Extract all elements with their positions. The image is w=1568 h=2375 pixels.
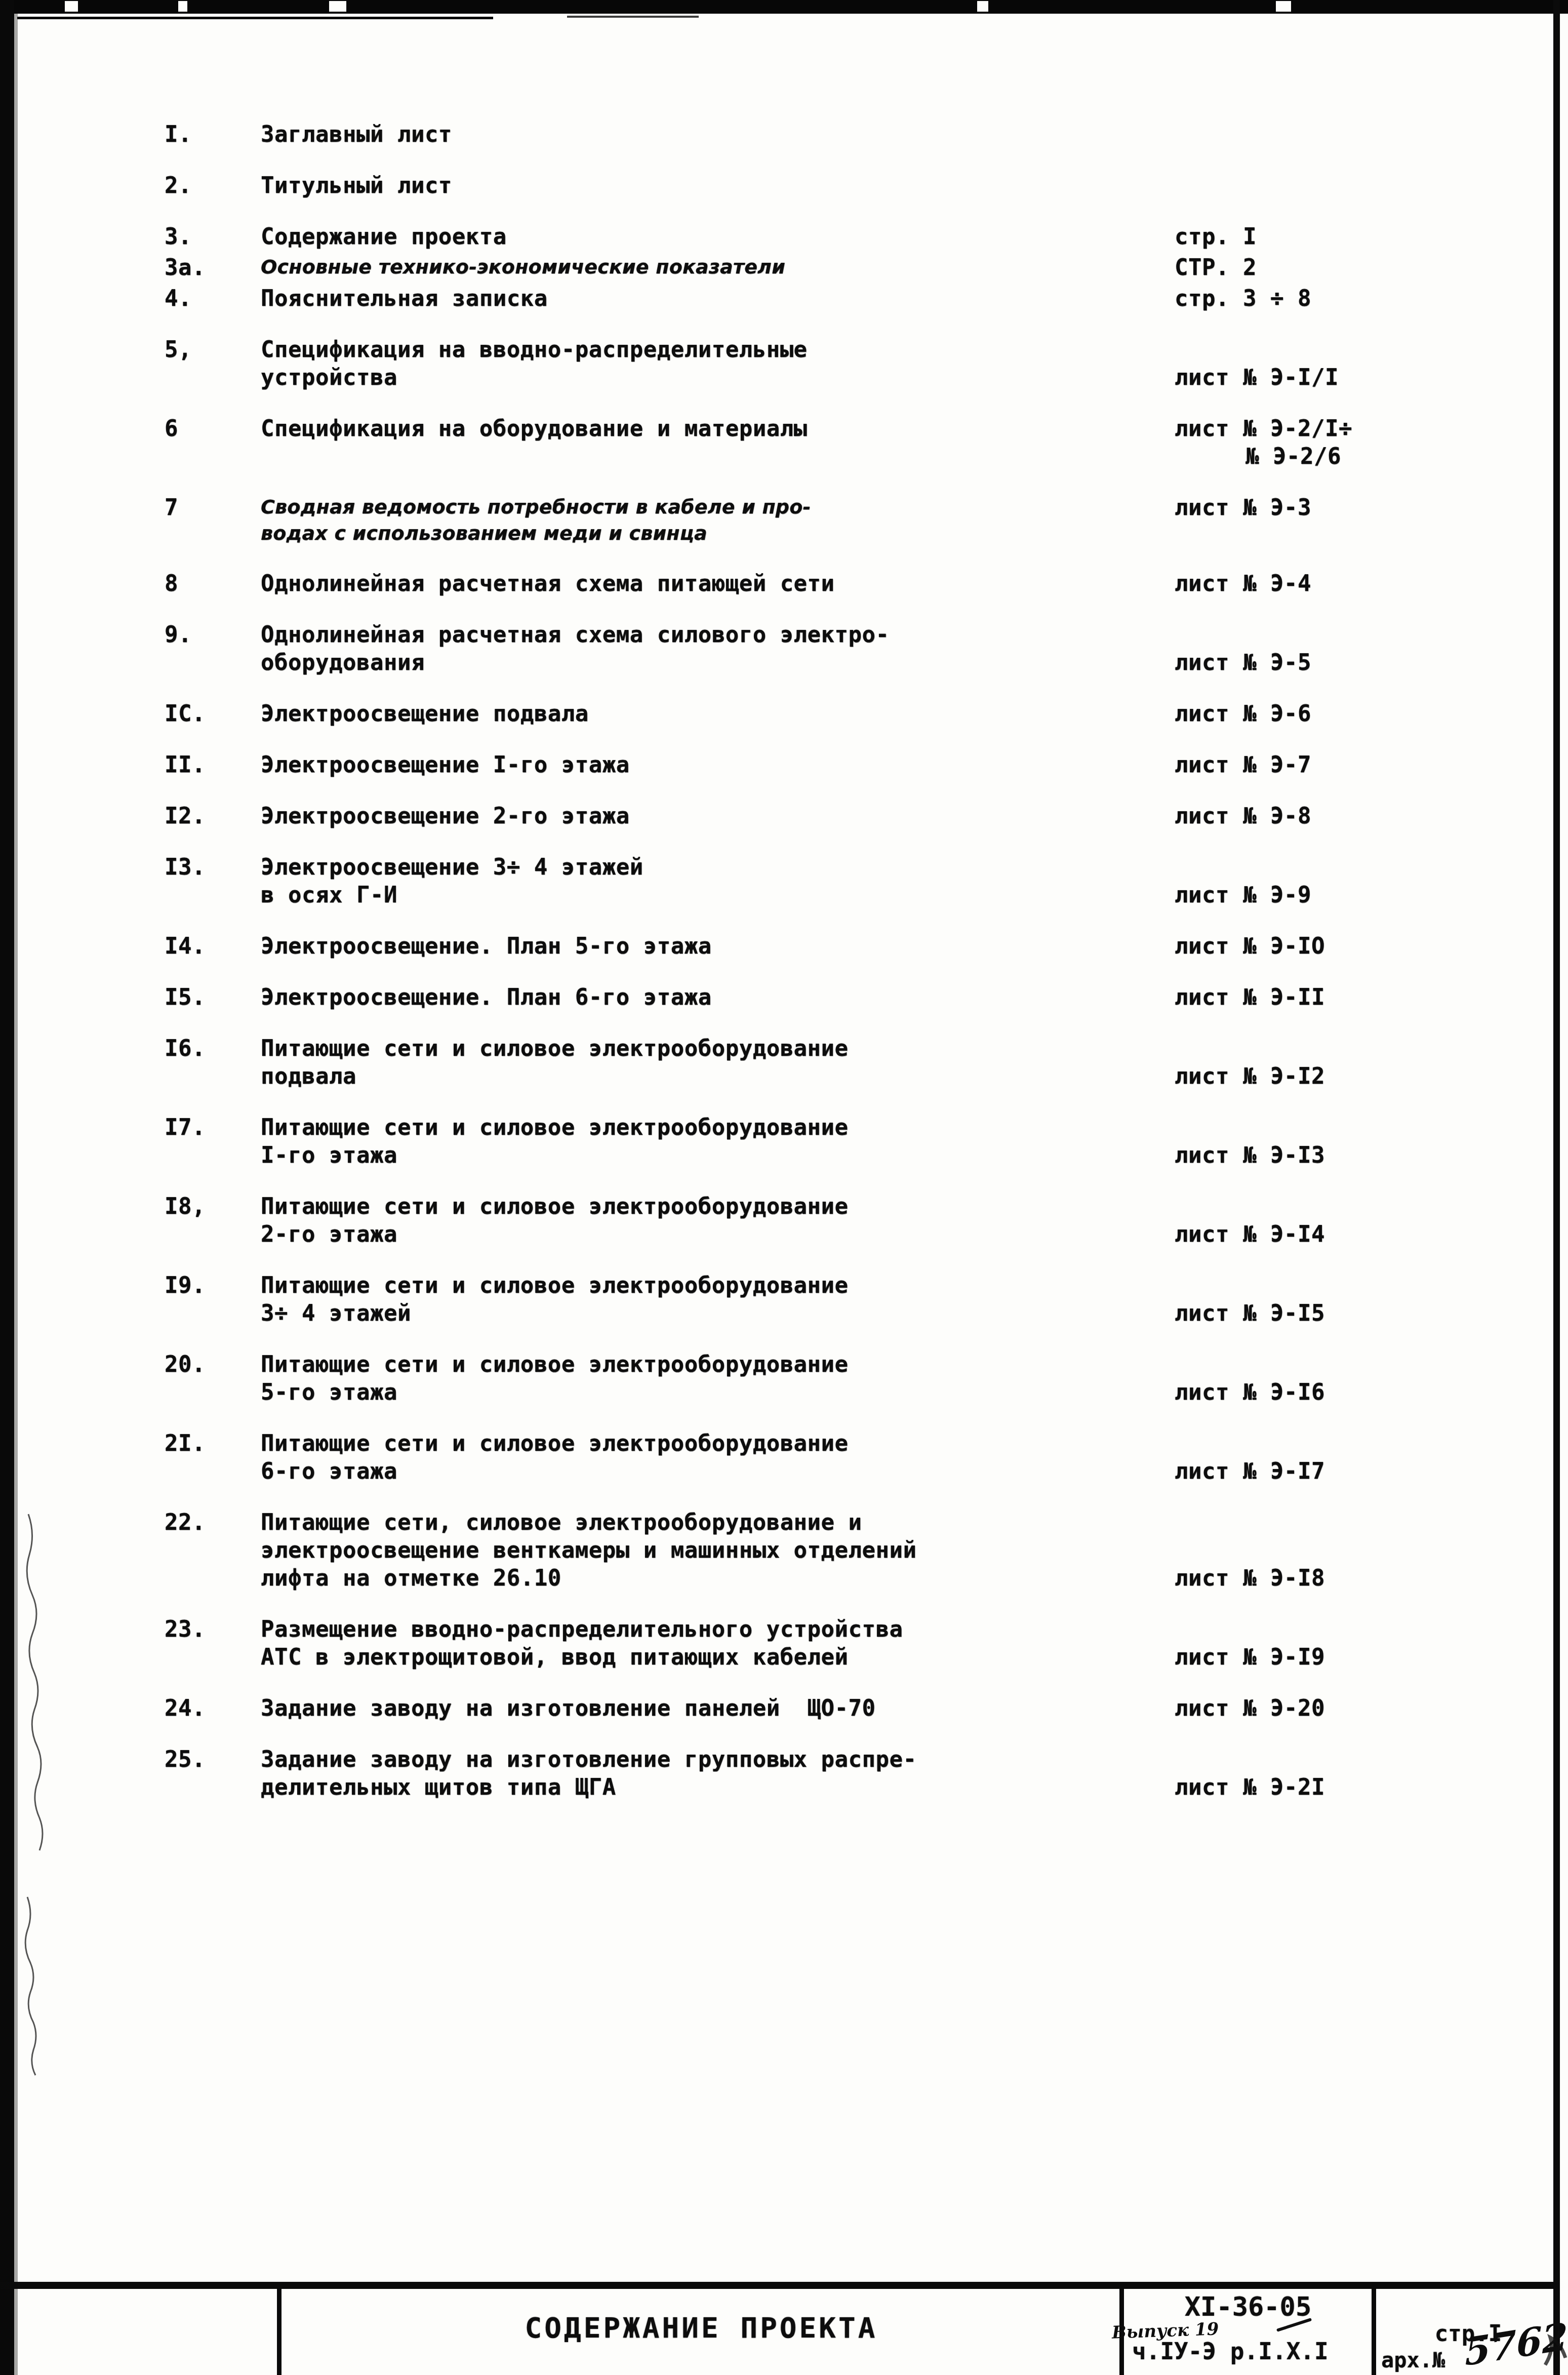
toc-item-ref: лист № Э-I/I (1099, 364, 1476, 391)
toc-item-number: 4. (165, 285, 261, 312)
toc-item-ref-line: лист № Э-II (1175, 983, 1476, 1011)
toc-item-title-line: Основные технико-экономические показател… (261, 254, 1099, 280)
toc-item-title-line: Электроосвещение 2-го этажа (261, 802, 1099, 830)
toc-item-number: 3а. (165, 254, 261, 282)
toc-item-title: Сводная ведомость потребности в кабеле и… (261, 494, 1099, 546)
toc-item-number: I2. (165, 802, 261, 830)
toc-item-title: Задание заводу на изготовление групповых… (261, 1746, 1099, 1801)
toc-item-title-line: в осях Г-И (261, 881, 1099, 909)
toc-item-number: I4. (165, 932, 261, 960)
toc-item-title-line: Электроосвещение 3÷ 4 этажей (261, 853, 1099, 881)
toc-item-title-line: I-го этажа (261, 1141, 1099, 1169)
toc-item-title-line: Задание заводу на изготовление панелей Щ… (261, 1694, 1099, 1722)
toc-item-ref: лист № Э-2/I÷№ Э-2/6 (1099, 415, 1476, 470)
toc-item-ref-line: лист № Э-IО (1175, 932, 1476, 960)
toc-item-ref: лист № Э-I8 (1099, 1564, 1476, 1592)
toc-item-title-line: Питающие сети, силовое электрооборудован… (261, 1509, 1099, 1536)
toc-item-ref: лист № Э-9 (1099, 881, 1476, 909)
toc-item-ref-line: лист № Э-2/I÷ (1175, 415, 1476, 443)
toc-item-number: 3. (165, 223, 261, 251)
toc-item-title-line: устройства (261, 364, 1099, 391)
toc-item-ref: лист № Э-5 (1099, 649, 1476, 677)
toc-item-number: 22. (165, 1509, 261, 1536)
toc-item-title: Питающие сети и силовое электрооборудова… (261, 1430, 1099, 1485)
toc-row: I.Заглавный лист (165, 121, 1476, 148)
toc-row: 2I.Питающие сети и силовое электрооборуд… (165, 1430, 1476, 1485)
toc-item-title-line: 5-го этажа (261, 1378, 1099, 1406)
toc-row: I2.Электроосвещение 2-го этажалист № Э-8 (165, 802, 1476, 830)
toc-item-number: I. (165, 121, 261, 148)
title-block-top-line (0, 2282, 1560, 2289)
toc-item-title-line: оборудования (261, 649, 1099, 677)
toc-item-number: IС. (165, 700, 261, 728)
toc-row: 8Однолинейная расчетная схема питающей с… (165, 570, 1476, 598)
toc-item-title-line: Питающие сети и силовое электрооборудова… (261, 1430, 1099, 1457)
toc-item-ref-line: лист № Э-I7 (1175, 1457, 1476, 1485)
toc-item-title: Питающие сети и силовое электрооборудова… (261, 1351, 1099, 1406)
toc-item-number: I6. (165, 1035, 261, 1062)
toc-item-ref: стр. I (1099, 223, 1476, 251)
toc-item-ref-line: лист № Э-7 (1175, 751, 1476, 779)
toc-item-number: II. (165, 751, 261, 779)
toc-item-title-line: Задание заводу на изготовление групповых… (261, 1746, 1099, 1773)
toc-item-title: Спецификация на вводно-распределительные… (261, 336, 1099, 391)
toc-item-title: Однолинейная расчетная схема силового эл… (261, 621, 1099, 677)
toc-row: 3а.Основные технико-экономические показа… (165, 254, 1476, 282)
toc-item-ref: лист № Э-IО (1099, 932, 1476, 960)
toc-item-ref: лист № Э-I7 (1099, 1457, 1476, 1485)
toc-item-number: 2I. (165, 1430, 261, 1457)
toc-row: 22.Питающие сети, силовое электрооборудо… (165, 1509, 1476, 1592)
toc-row: II.Электроосвещение I-го этажалист № Э-7 (165, 751, 1476, 779)
toc-item-ref: лист № Э-I9 (1099, 1643, 1476, 1671)
toc-item-title-line: Спецификация на вводно-распределительные (261, 336, 1099, 364)
toc-item-number: I9. (165, 1272, 261, 1299)
toc-item-title: Содержание проекта (261, 223, 1099, 251)
toc-item-title-line: Заглавный лист (261, 121, 1099, 148)
toc-row: 3.Содержание проектастр. I (165, 223, 1476, 251)
toc-row: I4.Электроосвещение. План 5-го этажалист… (165, 932, 1476, 960)
toc-item-title: Заглавный лист (261, 121, 1099, 148)
toc-row: 20.Питающие сети и силовое электрооборуд… (165, 1351, 1476, 1406)
toc-item-number: 7 (165, 494, 261, 522)
toc-item-title: Титульный лист (261, 172, 1099, 200)
toc-item-title: Размещение вводно-распределительного уст… (261, 1615, 1099, 1671)
toc-item-title-line: Электроосвещение I-го этажа (261, 751, 1099, 779)
toc-item-ref-line: лист № Э-I3 (1175, 1141, 1476, 1169)
title-block-divider (277, 2284, 282, 2375)
toc-item-ref: стр. 3 ÷ 8 (1099, 285, 1476, 312)
toc-item-ref: лист № Э-I4 (1099, 1220, 1476, 1248)
toc-item-title: Спецификация на оборудование и материалы (261, 415, 1099, 443)
border-notch (977, 1, 988, 12)
toc-item-ref: лист № Э-20 (1099, 1694, 1476, 1722)
toc-item-ref-line: лист № Э-I/I (1175, 364, 1476, 391)
toc-item-number: I7. (165, 1114, 261, 1141)
toc-item-title: Электроосвещение. План 5-го этажа (261, 932, 1099, 960)
toc-item-title: Задание заводу на изготовление панелей Щ… (261, 1694, 1099, 1722)
toc-item-title-line: Питающие сети и силовое электрооборудова… (261, 1193, 1099, 1220)
toc-item-title: Электроосвещение. План 6-го этажа (261, 983, 1099, 1011)
toc-item-title-line: Питающие сети и силовое электрооборудова… (261, 1272, 1099, 1299)
toc-item-number: 2. (165, 172, 261, 200)
toc-item-title-line: Однолинейная расчетная схема силового эл… (261, 621, 1099, 649)
toc-item-ref-line: лист № Э-4 (1175, 570, 1476, 598)
toc-row: 9.Однолинейная расчетная схема силового … (165, 621, 1476, 677)
toc-item-ref: СТР. 2 (1099, 254, 1476, 282)
toc-item-title-line: Питающие сети и силовое электрооборудова… (261, 1114, 1099, 1141)
page-border-right (1553, 0, 1560, 2375)
toc-item-number: 9. (165, 621, 261, 649)
toc-item-ref: лист № Э-I2 (1099, 1062, 1476, 1090)
toc-row: 4.Пояснительная запискастр. 3 ÷ 8 (165, 285, 1476, 312)
part-code: ч.IУ-Э р.I.X.I (1132, 2339, 1329, 2364)
border-notch (329, 1, 346, 12)
toc-item-title-line: 2-го этажа (261, 1220, 1099, 1248)
toc-item-ref-line: лист № Э-I2 (1175, 1062, 1476, 1090)
margin-scribble (15, 1894, 41, 2076)
page-border-top-underline (17, 17, 493, 19)
toc-item-title-line: лифта на отметке 26.10 (261, 1564, 1099, 1592)
toc-item-title-line: Электроосвещение. План 6-го этажа (261, 983, 1099, 1011)
toc-item-title-line: Пояснительная записка (261, 285, 1099, 312)
toc-row: I6.Питающие сети и силовое электрооборуд… (165, 1035, 1476, 1090)
toc-item-title: Питающие сети и силовое электрооборудова… (261, 1035, 1099, 1090)
toc-item-ref-line: лист № Э-2I (1175, 1773, 1476, 1801)
page-border-left (0, 0, 14, 2375)
toc-item-title: Питающие сети и силовое электрооборудова… (261, 1272, 1099, 1327)
toc-row: I9.Питающие сети и силовое электрооборуд… (165, 1272, 1476, 1327)
toc-item-ref: лист № Э-I5 (1099, 1299, 1476, 1327)
toc-item-ref-line: лист № Э-I8 (1175, 1564, 1476, 1592)
border-notch (65, 1, 78, 12)
toc-item-title: Питающие сети и силовое электрооборудова… (261, 1193, 1099, 1248)
toc-item-number: I5. (165, 983, 261, 1011)
toc-item-ref-line: лист № Э-5 (1175, 649, 1476, 677)
toc-item-title-line: Питающие сети и силовое электрооборудова… (261, 1351, 1099, 1378)
toc-row: IС.Электроосвещение подвалалист № Э-6 (165, 700, 1476, 728)
toc-item-ref-line: лист № Э-20 (1175, 1694, 1476, 1722)
toc-item-number: 25. (165, 1746, 261, 1773)
border-notch (1276, 1, 1291, 12)
toc-item-ref-line: лист № Э-6 (1175, 700, 1476, 728)
toc-row: 6Спецификация на оборудование и материал… (165, 415, 1476, 470)
toc-item-title-line: 6-го этажа (261, 1457, 1099, 1485)
toc-item-ref: лист № Э-II (1099, 983, 1476, 1011)
toc-item-ref-line: лист № Э-3 (1175, 494, 1476, 522)
toc-item-ref: лист № Э-6 (1099, 700, 1476, 728)
toc-item-title-line: Питающие сети и силовое электрооборудова… (261, 1035, 1099, 1062)
toc-item-title-line: Однолинейная расчетная схема питающей се… (261, 570, 1099, 598)
toc-item-ref: лист № Э-8 (1099, 802, 1476, 830)
toc-item-title: Питающие сети и силовое электрооборудова… (261, 1114, 1099, 1169)
margin-scribble (13, 1509, 44, 1874)
toc-row: 24.Задание заводу на изготовление панеле… (165, 1694, 1476, 1722)
toc-item-title-line: Электроосвещение подвала (261, 700, 1099, 728)
title-block-divider (1372, 2284, 1376, 2375)
toc-item-number: 20. (165, 1351, 261, 1378)
toc-item-number: 24. (165, 1694, 261, 1722)
toc-item-ref-line: СТР. 2 (1175, 254, 1476, 282)
toc-item-ref-line: № Э-2/6 (1175, 443, 1476, 470)
toc-item-number: I8, (165, 1193, 261, 1220)
toc-item-title-line: АТС в электрощитовой, ввод питающих кабе… (261, 1643, 1099, 1671)
toc-row: 25.Задание заводу на изготовление группо… (165, 1746, 1476, 1801)
toc-item-number: I3. (165, 853, 261, 881)
toc-item-title: Электроосвещение I-го этажа (261, 751, 1099, 779)
toc-item-ref: лист № Э-7 (1099, 751, 1476, 779)
toc-item-title-line: Спецификация на оборудование и материалы (261, 415, 1099, 443)
toc-item-ref: лист № Э-I6 (1099, 1378, 1476, 1406)
archive-label: арх.№ (1381, 2349, 1445, 2372)
toc-item-number: 23. (165, 1615, 261, 1643)
toc-item-ref-line: лист № Э-I5 (1175, 1299, 1476, 1327)
border-notch (178, 1, 187, 12)
toc-row: I8,Питающие сети и силовое электрооборуд… (165, 1193, 1476, 1248)
toc-item-title: Электроосвещение подвала (261, 700, 1099, 728)
toc-item-ref-line: лист № Э-9 (1175, 881, 1476, 909)
toc-item-title-line: Электроосвещение. План 5-го этажа (261, 932, 1099, 960)
toc-item-ref-line: лист № Э-I9 (1175, 1643, 1476, 1671)
toc-item-ref: лист № Э-4 (1099, 570, 1476, 598)
toc-item-ref: лист № Э-I3 (1099, 1141, 1476, 1169)
page-border-top (0, 0, 1568, 14)
toc-item-title: Однолинейная расчетная схема питающей се… (261, 570, 1099, 598)
toc-item-ref: лист № Э-2I (1099, 1773, 1476, 1801)
toc-item-title-line: Содержание проекта (261, 223, 1099, 251)
toc-item-title-line: Титульный лист (261, 172, 1099, 200)
archive-number-flourish (1542, 2329, 1567, 2375)
toc-item-ref-line: лист № Э-I6 (1175, 1378, 1476, 1406)
toc-item-ref-line: стр. I (1175, 223, 1476, 251)
toc-item-title-line: подвала (261, 1062, 1099, 1090)
toc-item-title: Основные технико-экономические показател… (261, 254, 1099, 280)
title-block-title: СОДЕРЖАНИЕ ПРОЕКТА (284, 2313, 1119, 2344)
doc-code: XI-36-05 (1128, 2293, 1368, 2321)
page-border-top-underline (567, 16, 699, 18)
toc-item-title-line: Размещение вводно-распределительного уст… (261, 1615, 1099, 1643)
toc-item-title: Пояснительная записка (261, 285, 1099, 312)
toc-item-number: 5, (165, 336, 261, 364)
toc-row: 7Сводная ведомость потребности в кабеле … (165, 494, 1476, 546)
toc-item-title: Электроосвещение 2-го этажа (261, 802, 1099, 830)
toc-item-number: 8 (165, 570, 261, 598)
toc-item-title: Питающие сети, силовое электрооборудован… (261, 1509, 1099, 1592)
toc-row: I7.Питающие сети и силовое электрооборуд… (165, 1114, 1476, 1169)
toc-row: 5,Спецификация на вводно-распределительн… (165, 336, 1476, 391)
contents-list: I.Заглавный лист2.Титульный лист3.Содерж… (165, 121, 1476, 1801)
toc-item-title-line: делительных щитов типа ЩГА (261, 1773, 1099, 1801)
toc-item-title: Электроосвещение 3÷ 4 этажейв осях Г-И (261, 853, 1099, 909)
toc-item-number: 6 (165, 415, 261, 443)
toc-item-title-line: Сводная ведомость потребности в кабеле и… (261, 494, 1099, 520)
toc-item-title-line: электроосвещение венткамеры и машинных о… (261, 1536, 1099, 1564)
toc-item-ref: лист № Э-3 (1099, 494, 1476, 522)
toc-row: I5.Электроосвещение. План 6-го этажалист… (165, 983, 1476, 1011)
toc-row: 23.Размещение вводно-распределительного … (165, 1615, 1476, 1671)
toc-item-ref-line: лист № Э-I4 (1175, 1220, 1476, 1248)
toc-item-title-line: водах с использованием меди и свинца (261, 520, 1099, 546)
toc-item-title-line: 3÷ 4 этажей (261, 1299, 1099, 1327)
toc-row: 2.Титульный лист (165, 172, 1476, 200)
toc-row: I3.Электроосвещение 3÷ 4 этажейв осях Г-… (165, 853, 1476, 909)
toc-item-ref-line: стр. 3 ÷ 8 (1175, 285, 1476, 312)
toc-item-ref-line: лист № Э-8 (1175, 802, 1476, 830)
